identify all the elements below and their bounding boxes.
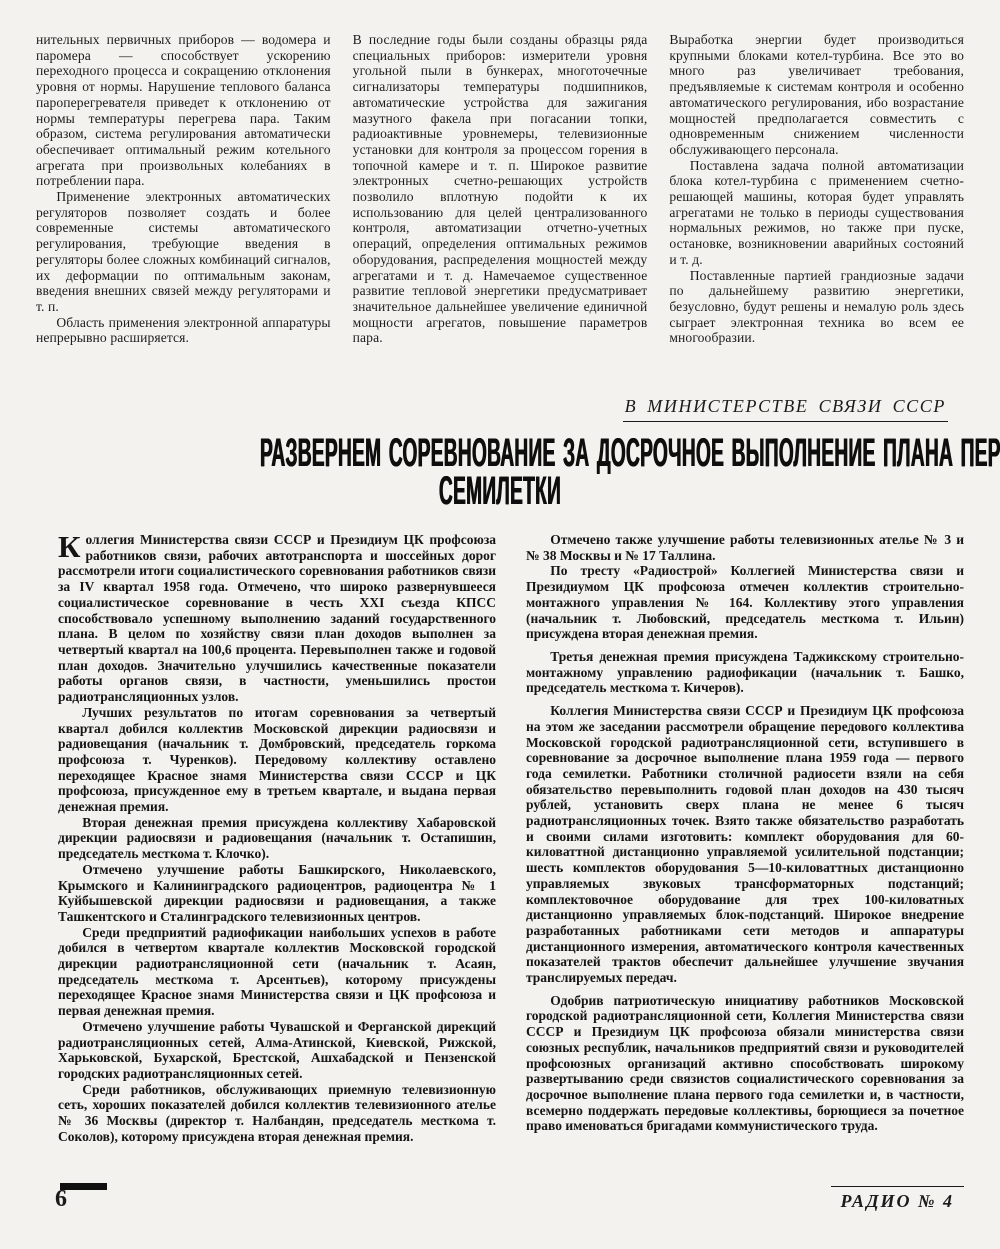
paragraph: нительных первичных приборов — водомера … xyxy=(36,32,331,189)
title-line: СЕМИЛЕТКИ xyxy=(260,472,740,510)
paragraph: Лучших результатов по итогам соревновани… xyxy=(58,705,496,815)
ministry-left-paragraphs: Лучших результатов по итогам соревновани… xyxy=(58,705,496,1145)
paragraph: Отмечено также улучшение работы телевизи… xyxy=(526,532,964,563)
top-article-column-1: нительных первичных приборов — водомера … xyxy=(36,32,331,346)
top-article-column-2: В последние годы были созданы образцы ря… xyxy=(353,32,648,346)
drop-cap: К xyxy=(58,532,85,560)
paragraph: Коллегия Министерства связи СССР и Прези… xyxy=(526,703,964,986)
paragraph: Отмечено улучшение работы Башкирского, Н… xyxy=(58,862,496,925)
paragraph: Среди работников, обслуживающих приемную… xyxy=(58,1082,496,1145)
paragraph: Поставлена задача полной автоматизации б… xyxy=(669,158,964,268)
paragraph: Выработка энергии будет производиться кр… xyxy=(669,32,964,158)
paragraph: Поставленные партией грандиозные задачи … xyxy=(669,268,964,347)
paragraph: Третья денежная премия присуждена Таджик… xyxy=(526,649,964,696)
paragraph: По тресту «Радиострой» Коллегией Министе… xyxy=(526,563,964,642)
paragraph: Отмечено улучшение работы Чувашской и Фе… xyxy=(58,1019,496,1082)
ministry-column-right: Отмечено также улучшение работы телевизи… xyxy=(526,532,964,1144)
lead-paragraph: Коллегия Министерства связи СССР и Прези… xyxy=(58,532,496,705)
lead-paragraph-text: оллегия Министерства связи СССР и Презид… xyxy=(58,532,496,704)
paragraph: Одобрив патриотическую инициативу работн… xyxy=(526,993,964,1134)
title-line: РАЗВЕРНЕМ СОРЕВНОВАНИЕ ЗА ДОСРОЧНОЕ ВЫПО… xyxy=(260,434,740,472)
paragraph: Область применения электронной аппаратур… xyxy=(36,315,331,346)
top-article: нительных первичных приборов — водомера … xyxy=(36,32,964,346)
top-article-column-3: Выработка энергии будет производиться кр… xyxy=(669,32,964,346)
section-kicker: В МИНИСТЕРСТВЕ СВЯЗИ СССР xyxy=(623,396,948,422)
paragraph: Применение электронных автоматических ре… xyxy=(36,189,331,315)
page-number: 6 xyxy=(55,1186,67,1212)
paragraph: Среди предприятий радиофикации наибольши… xyxy=(58,925,496,1019)
journal-footer: РАДИО № 4 xyxy=(831,1186,964,1212)
paragraph: В последние годы были созданы образцы ря… xyxy=(353,32,648,346)
ministry-column-left: Коллегия Министерства связи СССР и Прези… xyxy=(58,532,496,1144)
magazine-page: нительных первичных приборов — водомера … xyxy=(0,0,1000,1249)
section-title: РАЗВЕРНЕМ СОРЕВНОВАНИЕ ЗА ДОСРОЧНОЕ ВЫПО… xyxy=(0,434,1000,510)
ministry-article: Коллегия Министерства связи СССР и Прези… xyxy=(58,532,964,1144)
page-number-rule xyxy=(60,1183,107,1190)
paragraph: Вторая денежная премия присуждена коллек… xyxy=(58,815,496,862)
kicker-row: В МИНИСТЕРСТВЕ СВЯЗИ СССР xyxy=(0,396,948,422)
